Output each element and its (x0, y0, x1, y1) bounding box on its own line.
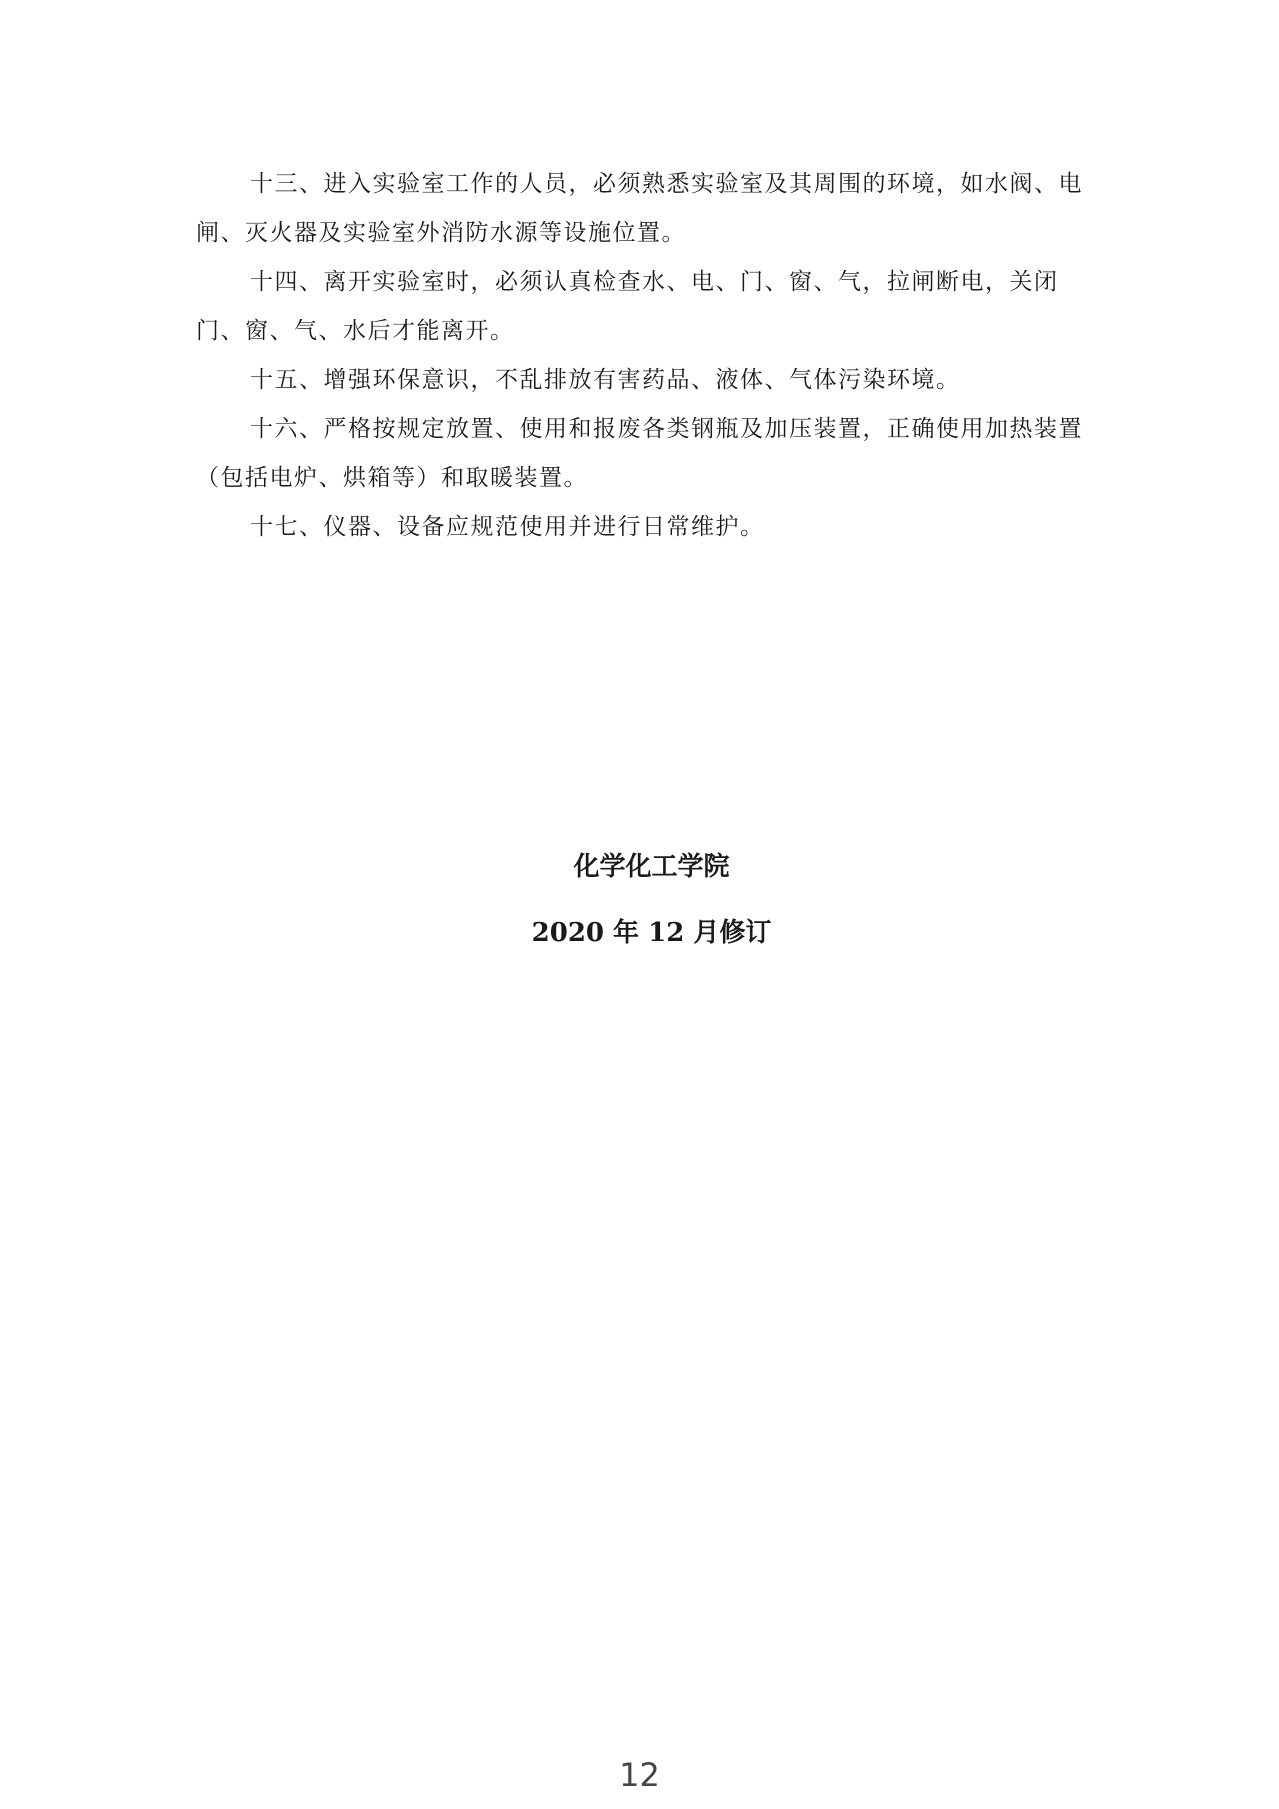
paragraph-13: 十三、进入实验室工作的人员，必须熟悉实验室及其周围的环境，如水阀、电闸、灭火器及… (196, 160, 1096, 258)
paragraph-16: 十六、严格按规定放置、使用和报废各类钢瓶及加压装置，正确使用加热装置（包括电炉、… (196, 405, 1096, 503)
paragraph-17: 十七、仪器、设备应规范使用并进行日常维护。 (196, 503, 1096, 552)
regulations-body: 十三、进入实验室工作的人员，必须熟悉实验室及其周围的环境，如水阀、电闸、灭火器及… (196, 160, 1096, 552)
page-number: 12 (0, 1756, 1279, 1794)
document-page: 十三、进入实验室工作的人员，必须熟悉实验室及其周围的环境，如水阀、电闸、灭火器及… (0, 0, 1279, 1809)
signature-organization: 化学化工学院 (12, 846, 1279, 883)
paragraph-15: 十五、增强环保意识，不乱排放有害药品、液体、气体污染环境。 (196, 356, 1096, 405)
signature-date: 2020 年 12 月修订 (12, 912, 1279, 949)
paragraph-14: 十四、离开实验室时，必须认真检查水、电、门、窗、气，拉闸断电，关闭门、窗、气、水… (196, 258, 1096, 356)
